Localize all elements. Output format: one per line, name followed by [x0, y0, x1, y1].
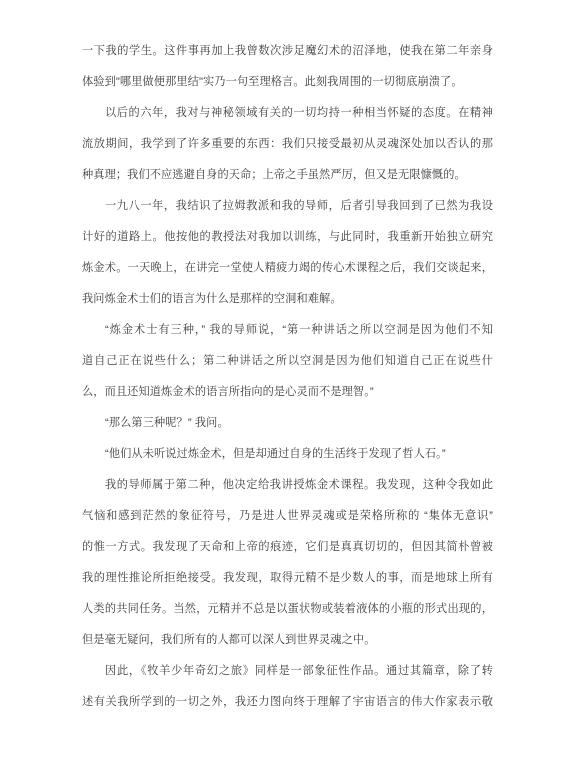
- text-line: 气恼和感到茫然的象征符号，乃是进人世界灵魂或是荣格所称的 “集体无意识”: [82, 501, 493, 532]
- text-line: 种真理；我们不应逃避自身的天命；上帝之手虽然严厉，但又是无限慷慨的。: [82, 160, 493, 191]
- text-line: 一九八一年，我结识了拉姆教派和我的导师，后者引导我回到了已然为我设: [82, 191, 493, 222]
- text-line: 流放期间，我学到了许多重要的东西：我们只接受最初从灵魂深处加以否认的那: [82, 129, 493, 160]
- text-line: 我的理性推论所拒绝接受。我发现，取得元精不是少数人的事，而是地球上所有: [82, 563, 493, 594]
- text-line: 炼金术。一天晚上，在讲完一堂使人精疲力竭的传心术课程之后，我们交谈起来，: [82, 253, 493, 284]
- text-line: 体验到"哪里做便那里结"实乃一句至理格言。此刻我周围的一切彻底崩溃了。: [82, 67, 493, 98]
- text-line: “那么第三种呢？” 我问。: [82, 408, 493, 439]
- text-line: 道自己正在说些什么；第二种讲话之所以空洞是因为他们知道自己正在说些什: [82, 346, 493, 377]
- text-line: 一下我的学生。这件事再加上我曾数次涉足魔幻术的沼泽地，使我在第二年亲身: [82, 36, 493, 67]
- text-line: 人类的共同任务。当然，元精并不总是以蛋状物或装着液体的小瓶的形式出现的，: [82, 594, 493, 625]
- text-line: 计好的道路上。他按他的教授法对我加以训练，与此同时，我重新开始独立研究: [82, 222, 493, 253]
- text-line: 我问炼金术士们的语言为什么是那样的空洞和难解。: [82, 284, 493, 315]
- text-line: 因此，《牧羊少年奇幻之旅》同样是一部象征性作品。通过其篇章，除了转: [82, 656, 493, 687]
- text-line: 述有关我所学到的一切之外，我还力图向终于理解了宇宙语言的伟大作家表示敬: [82, 687, 493, 718]
- text-line: 但是毫无疑问，我们所有的人都可以深人到世界灵魂之中。: [82, 625, 493, 656]
- text-line: “炼金术士有三种，” 我的导师说，“第一种讲话之所以空洞是因为他们不知: [82, 315, 493, 346]
- text-line: 么，而且还知道炼金术的语言所指向的是心灵而不是理智。”: [82, 377, 493, 408]
- text-line: 的惟一方式。我发现了天命和上帝的痕迹，它们是真真切切的，但因其简朴曾被: [82, 532, 493, 563]
- text-line: 以后的六年，我对与神秘领域有关的一切均持一种相当怀疑的态度。在精神: [82, 98, 493, 129]
- text-block: 一下我的学生。这件事再加上我曾数次涉足魔幻术的沼泽地，使我在第二年亲身体验到"哪…: [82, 36, 493, 718]
- text-line: 我的导师属于第二种，他决定给我讲授炼金术课程。我发现，这种令我如此: [82, 470, 493, 501]
- text-line: “他们从未听说过炼金术，但是却通过自身的生活终于发现了哲人石。”: [82, 439, 493, 470]
- document-page: 一下我的学生。这件事再加上我曾数次涉足魔幻术的沼泽地，使我在第二年亲身体验到"哪…: [0, 0, 573, 781]
